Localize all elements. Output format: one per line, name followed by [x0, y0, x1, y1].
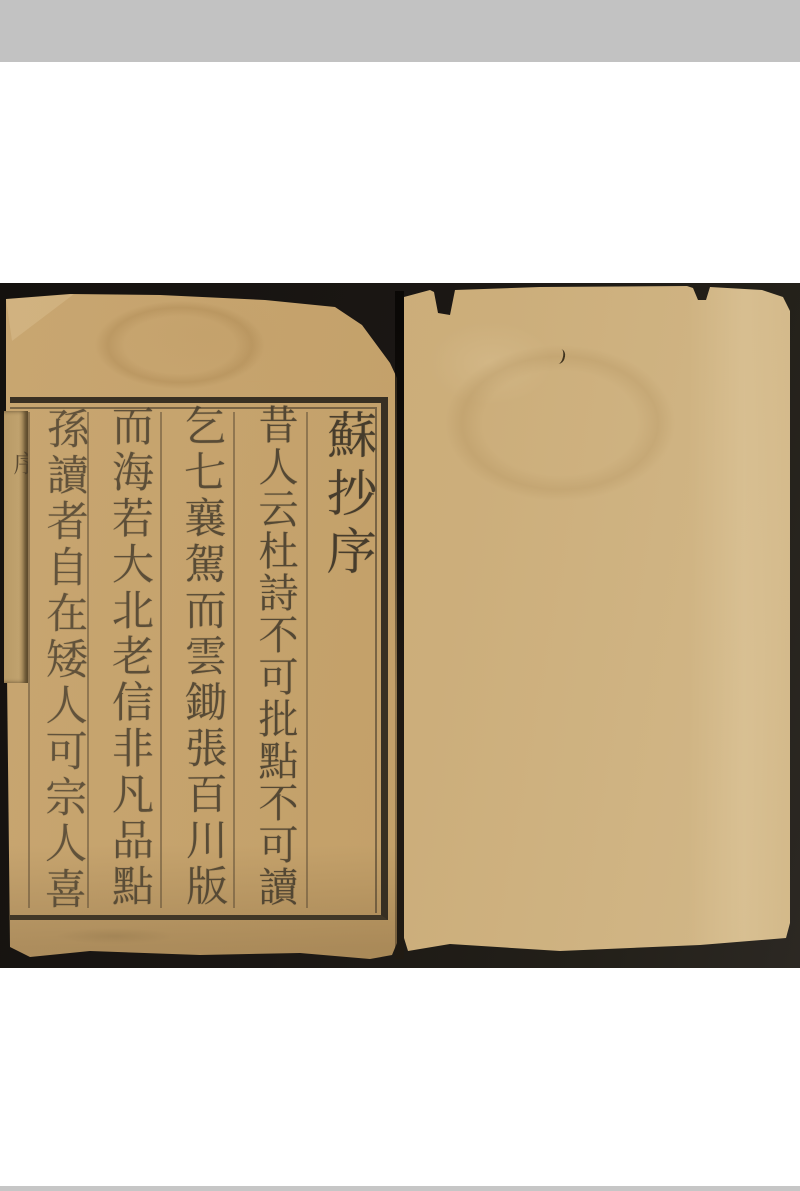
title-column: 蘇抄序	[312, 409, 385, 583]
edge-character-fragment: 序	[6, 451, 28, 475]
ink-speck	[555, 348, 567, 365]
text-column-1: 昔人云杜詩不可批點不可讀	[247, 404, 304, 908]
text-column-4: 孫讀者自在矮人可宗人喜	[33, 407, 96, 913]
top-gray-matte	[0, 0, 800, 62]
bottom-gray-matte	[0, 1186, 800, 1191]
bottom-white-matte	[0, 968, 800, 1186]
scan-viewer-canvas: 蘇抄序 昔人云杜詩不可批點不可讀 乞七襄駕而雲鋤張百川版 而海若大北老信非凡品點…	[0, 0, 800, 1191]
underlying-page-edge: 序	[4, 411, 28, 683]
text-column-2: 乞七襄駕而雲鋤張百川版	[172, 404, 235, 910]
paper-smudge	[55, 928, 175, 944]
text-column-3: 而海若大北老信非凡品點	[100, 404, 160, 910]
column-divider	[306, 412, 308, 908]
book-photo: 蘇抄序 昔人云杜詩不可批點不可讀 乞七襄駕而雲鋤張百川版 而海若大北老信非凡品點…	[0, 283, 800, 968]
column-divider	[28, 412, 30, 908]
column-divider	[160, 412, 162, 908]
top-white-matte	[0, 62, 800, 283]
book-gutter-shadow	[395, 291, 404, 959]
